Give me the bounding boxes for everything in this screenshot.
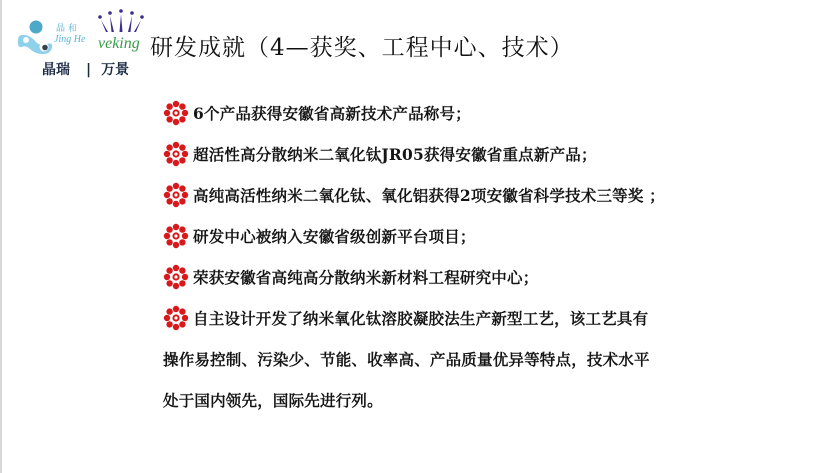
crown-icon: [96, 8, 146, 36]
list-item-text: 荣获安徽省高纯高分散纳米新材料工程研究中心；: [193, 266, 538, 288]
brand-names: 晶瑞|万景: [42, 59, 129, 79]
red-flower-icon: [163, 223, 189, 249]
red-flower-icon: [163, 100, 189, 126]
list-item-continuation: 操作易控制、污染少、节能、收率高、产品质量优异等特点，技术水平: [163, 338, 783, 379]
list-item: 自主设计开发了纳米氧化钛溶胶凝胶法生产新型工艺，该工艺具有: [163, 297, 783, 338]
list-item: 超活性高分散纳米二氧化钛JR05获得安徽省重点新产品；: [163, 133, 783, 174]
list-item-continuation: 处于国内领先，国际先进行列。: [163, 379, 783, 420]
list-item: 荣获安徽省高纯高分散纳米新材料工程研究中心；: [163, 256, 783, 297]
list-item-text: 研发中心被纳入安徽省级创新平台项目；: [193, 225, 476, 247]
page-left-border: [0, 0, 2, 473]
brand-separator: |: [86, 62, 91, 78]
red-flower-icon: [163, 305, 189, 331]
veking-logo-en: veking: [98, 35, 140, 53]
list-item-text: 超活性高分散纳米二氧化钛JR05获得安徽省重点新产品；: [193, 143, 597, 165]
jinghe-logo: 晶和 Jing He: [16, 18, 90, 56]
jinghe-logo-en: Jing He: [54, 34, 85, 45]
achievements-list: 6个产品获得安徽省高新技术产品称号； 超活性高分散纳米二氧化钛JR05获得安徽省…: [163, 92, 783, 420]
red-flower-icon: [163, 182, 189, 208]
red-flower-icon: [163, 264, 189, 290]
list-item-text: 自主设计开发了纳米氧化钛溶胶凝胶法生产新型工艺，该工艺具有: [193, 307, 648, 329]
list-item: 6个产品获得安徽省高新技术产品称号；: [163, 92, 783, 133]
list-item: 研发中心被纳入安徽省级创新平台项目；: [163, 215, 783, 256]
brand-name-left: 晶瑞: [42, 62, 70, 78]
list-item-text: 高纯高活性纳米二氧化钛、氧化铝获得2项安徽省科学技术三等奖 ；: [193, 184, 665, 206]
list-item-text: 操作易控制、污染少、节能、收率高、产品质量优异等特点，技术水平: [163, 348, 650, 370]
list-item-text: 处于国内领先，国际先进行列。: [163, 389, 383, 411]
brand-name-right: 万景: [101, 62, 129, 78]
jinghe-logo-cn: 晶和: [56, 21, 80, 34]
red-flower-icon: [163, 141, 189, 167]
list-item-text: 6个产品获得安徽省高新技术产品称号；: [193, 102, 471, 124]
jinghe-logo-icon: [16, 18, 56, 56]
veking-logo: veking: [96, 8, 146, 58]
list-item: 高纯高活性纳米二氧化钛、氧化铝获得2项安徽省科学技术三等奖 ；: [163, 174, 783, 215]
page-title: 研发成就（4—获奖、工程中心、技术）: [150, 29, 574, 62]
